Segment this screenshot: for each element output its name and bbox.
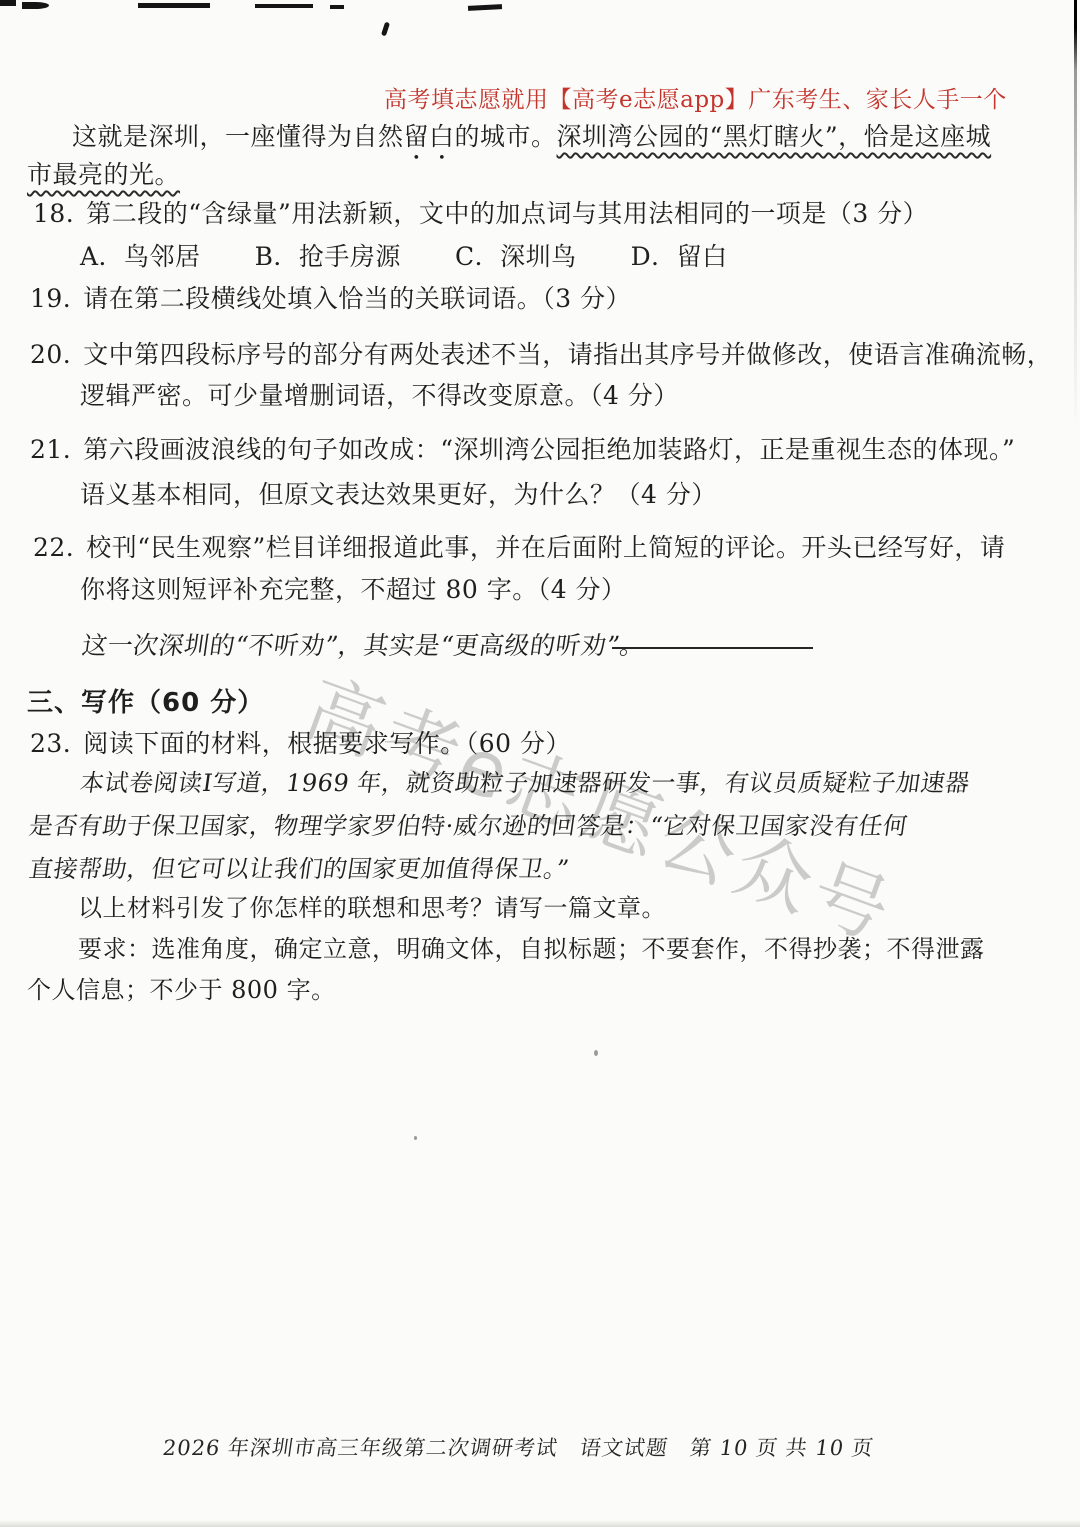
question-text: 语义基本相同，但原文表达效果更好，为什么？（4 分）: [80, 480, 717, 509]
page-footer: 2026 年深圳市高三年级第二次调研考试 语文试题 第 10 页 共 10 页: [161, 1432, 876, 1462]
scan-smudge: [22, 2, 49, 9]
question-21-line-1: 21.第六段画波浪线的句子如改成：“深圳湾公园拒绝加装路灯，正是重视生态的体现。…: [30, 434, 1015, 465]
section-heading: 三、写作（60 分）: [27, 687, 264, 720]
question-23: 23.阅读下面的材料，根据要求写作。（60 分）: [30, 728, 571, 759]
question-number: 18.: [33, 199, 74, 228]
question-22-line-1: 22.校刊“民生观察”栏目详细报道此事，并在后面附上简短的评论。开头已经写好，请: [33, 532, 1005, 563]
question-text: 文中第四段标序号的部分有两处表述不当，请指出其序号并做修改，使语言准确流畅，: [83, 340, 1052, 369]
question-text: 你将这则短评补充完整，不超过 80 字。（4 分）: [80, 575, 627, 604]
material-line-1: 本试卷阅读Ⅰ写道，1969 年，就资助粒子加速器研发一事，有议员质疑粒子加速器: [78, 768, 972, 798]
passage-dotted-word: 留白: [404, 122, 455, 151]
quote-text: 这一次深圳的“不听劝”，其实是“更高级的听劝”。: [80, 631, 647, 660]
question-number: 20.: [30, 340, 71, 369]
scan-smudge: [0, 0, 16, 6]
question-number: 19.: [30, 284, 71, 313]
question-21-line-2: 语义基本相同，但原文表达效果更好，为什么？（4 分）: [80, 479, 717, 510]
question-number: 21.: [30, 435, 71, 464]
promo-header: 高考填志愿就用【高考e志愿app】广东考生、家长人手一个: [384, 86, 1007, 115]
requirements-line-2: 个人信息；不少于 800 字。: [27, 975, 336, 1005]
option-b: B．抢手房源: [255, 242, 401, 271]
question-18: 18.第二段的“含绿量”用法新颖，文中的加点词与其用法相同的一项是（3 分）: [33, 198, 928, 229]
question-text: 第六段画波浪线的句子如改成：“深圳湾公园拒绝加装路灯，正是重视生态的体现。”: [83, 435, 1015, 464]
question-18-options: A．鸟邻居B．抢手房源C．深圳鸟D．留白: [80, 241, 728, 272]
question-text: 逻辑严密。可少量增删词语，不得改变原意。（4 分）: [80, 381, 679, 410]
passage-mid-text: 的城市。: [455, 122, 557, 151]
question-number: 23.: [30, 729, 71, 758]
question-text: 阅读下面的材料，根据要求写作。（60 分）: [83, 729, 571, 758]
passage-plain-text: 这就是深圳，一座懂得为自然: [72, 122, 404, 151]
option-d: D．留白: [631, 242, 728, 271]
material-line-2: 是否有助于保卫国家，物理学家罗伯特·威尔逊的回答是：“它对保卫国家没有任何: [27, 811, 910, 841]
passage-wavy-text: 深圳湾公园的“黑灯瞎火”，恰是这座城: [557, 122, 992, 151]
requirements-line-1: 要求：选准角度，确定立意，明确文体，自拟标题；不要套作，不得抄袭；不得泄露: [78, 934, 985, 964]
scan-speck: [594, 1050, 598, 1056]
question-22-quote: 这一次深圳的“不听劝”，其实是“更高级的听劝”。: [80, 630, 648, 661]
scan-smudge: [468, 4, 502, 11]
scan-smudge: [381, 22, 390, 37]
scan-smudge: [330, 5, 344, 9]
scan-smudge: [255, 4, 313, 8]
question-22-line-2: 你将这则短评补充完整，不超过 80 字。（4 分）: [80, 574, 627, 605]
option-a: A．鸟邻居: [80, 242, 201, 271]
passage-wavy-text-2: 市最亮的光。: [27, 160, 180, 189]
scan-speck: [414, 1136, 417, 1140]
question-text: 校刊“民生观察”栏目详细报道此事，并在后面附上简短的评论。开头已经写好，请: [86, 533, 1005, 562]
material-line-3: 直接帮助，但它可以让我们的国家更加值得保卫。”: [27, 854, 571, 884]
answer-blank-line: [612, 629, 813, 649]
option-c: C．深圳鸟: [455, 242, 577, 271]
question-20-line-2: 逻辑严密。可少量增删词语，不得改变原意。（4 分）: [80, 380, 679, 411]
material-line-4: 以上材料引发了你怎样的联想和思考？请写一篇文章。: [78, 893, 666, 923]
exam-page: 高考e志愿公众号 高考填志愿就用【高考e志愿app】广东考生、家长人手一个 这就…: [0, 0, 1080, 1527]
passage-line-2: 市最亮的光。: [27, 159, 180, 190]
question-number: 22.: [33, 533, 74, 562]
question-19: 19.请在第二段横线处填入恰当的关联词语。（3 分）: [30, 283, 631, 314]
scan-smudge: [138, 3, 210, 8]
question-text: 第二段的“含绿量”用法新颖，文中的加点词与其用法相同的一项是（3 分）: [86, 199, 928, 228]
question-20-line-1: 20.文中第四段标序号的部分有两处表述不当，请指出其序号并做修改，使语言准确流畅…: [30, 339, 1052, 370]
scan-edge-line: [1074, 0, 1077, 430]
question-text: 请在第二段横线处填入恰当的关联词语。（3 分）: [83, 284, 631, 313]
passage-line-1: 这就是深圳，一座懂得为自然留白的城市。深圳湾公园的“黑灯瞎火”，恰是这座城: [72, 121, 991, 166]
scan-edge-bottom: [0, 1520, 1080, 1527]
